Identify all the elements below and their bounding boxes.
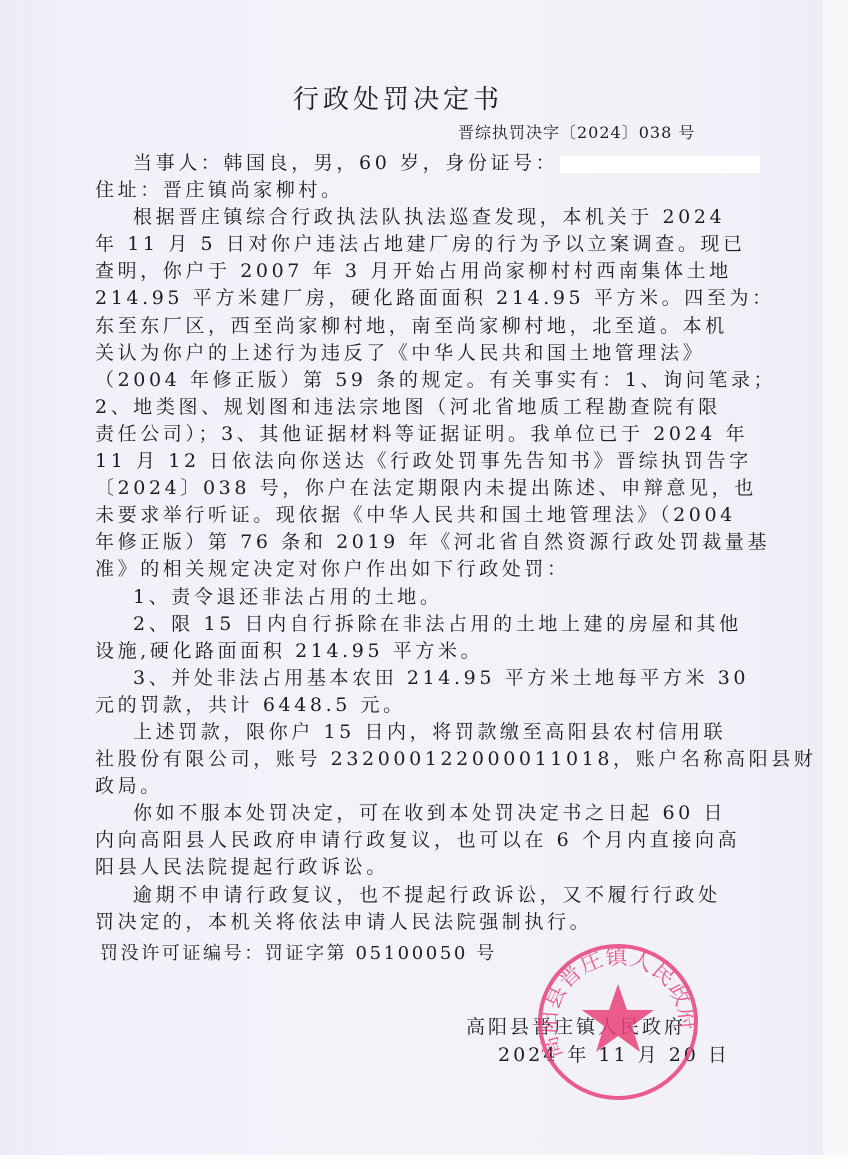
body-line: 政局。 — [95, 773, 715, 800]
body-line: 2、地类图、规划图和违法宗地图（河北省地质工程勘查院有限 — [95, 394, 715, 421]
body-line: 责任公司）；3、其他证据材料等证据证明。我单位已于 2024 年 — [95, 421, 715, 448]
body-line: 阳县人民法院提起行政诉讼。 — [95, 854, 715, 881]
body-line: 上述罚款，限你户 15 日内，将罚款缴至高阳县农村信用联 — [95, 719, 715, 746]
body-line: 未要求举行听证。现依据《中华人民共和国土地管理法》（2004 — [95, 502, 715, 529]
body-line: 11 月 12 日依法向你送达《行政处罚事先告知书》晋综执罚告字 — [95, 448, 715, 475]
scan-edge — [823, 0, 848, 1155]
scan-bottom-edge — [0, 1155, 848, 1169]
body-line: 内向高阳县人民政府申请行政复议，也可以在 6 个月内直接向高 — [95, 827, 715, 854]
body-line: 社股份有限公司，账号 232000122000011018，账户名称高阳县财 — [95, 746, 715, 773]
body-line: 年 11 月 5 日对你户违法占地建厂房的行为予以立案调查。现已 — [95, 231, 715, 258]
body-line: 3、并处非法占用基本农田 214.95 平方米土地每平方米 30 — [95, 665, 715, 692]
body-line: 你如不服本处罚决定，可在收到本处罚决定书之日起 60 日 — [95, 800, 715, 827]
body-line: 准》的相关规定决定对你户作出如下行政处罚： — [95, 556, 715, 583]
document-title: 行政处罚决定书 — [293, 84, 513, 116]
document-number: 晋综执罚决字〔2024〕038 号 — [458, 121, 695, 145]
body-line: 设施,硬化路面面积 214.95 平方米。 — [95, 638, 715, 665]
party-info: 当事人：韩国良，男，60 岁，身份证号： — [133, 152, 558, 174]
body-line: 根据晋庄镇综合行政执法队执法巡查发现，本机关于 2024 — [95, 204, 715, 231]
body-line: 214.95 平方米建厂房，硬化路面面积 214.95 平方米。四至为： — [95, 285, 715, 312]
issuer-name: 高阳县晋庄镇人民政府 — [466, 1014, 686, 1041]
permit-number: 罚没许可证编号：罚证字第 05100050 号 — [100, 941, 497, 967]
address-line: 住址：晋庄镇尚家柳村。 — [95, 177, 715, 204]
redacted-id-number — [560, 156, 760, 173]
party-line: 当事人：韩国良，男，60 岁，身份证号： — [95, 150, 715, 177]
body-line: 东至东厂区，西至尚家柳村地，南至尚家柳村地，北至道。本机 — [95, 313, 715, 340]
body-line: 元的罚款，共计 6448.5 元。 — [95, 692, 715, 719]
body-line: 关认为你户的上述行为违反了《中华人民共和国土地管理法》 — [95, 340, 715, 367]
body-line: 2、限 15 日内自行拆除在非法占用的土地上建的房屋和其他 — [95, 611, 715, 638]
body-line: 年修正版）第 76 条和 2019 年《河北省自然资源行政处罚裁量基 — [95, 529, 715, 556]
body-line: 〔2024〕038 号，你户在法定期限内未提出陈述、申辩意见，也 — [95, 475, 715, 502]
document-body: 当事人：韩国良，男，60 岁，身份证号： 住址：晋庄镇尚家柳村。 根据晋庄镇综合… — [95, 150, 715, 936]
body-line: （2004 年修正版）第 59 条的规定。有关事实有：1、询问笔录； — [95, 367, 715, 394]
body-line: 逾期不申请行政复议，也不提起行政诉讼，又不履行行政处 — [95, 882, 715, 909]
body-line: 罚决定的，本机关将依法申请人民法院强制执行。 — [95, 909, 715, 936]
body-line: 查明，你户于 2007 年 3 月开始占用尚家柳村村西南集体土地 — [95, 258, 715, 285]
body-line: 1、责令退还非法占用的土地。 — [95, 584, 715, 611]
body-paragraphs: 根据晋庄镇综合行政执法队执法巡查发现，本机关于 2024年 11 月 5 日对你… — [95, 204, 715, 936]
issue-date: 2024 年 11 月 20 日 — [498, 1042, 730, 1069]
